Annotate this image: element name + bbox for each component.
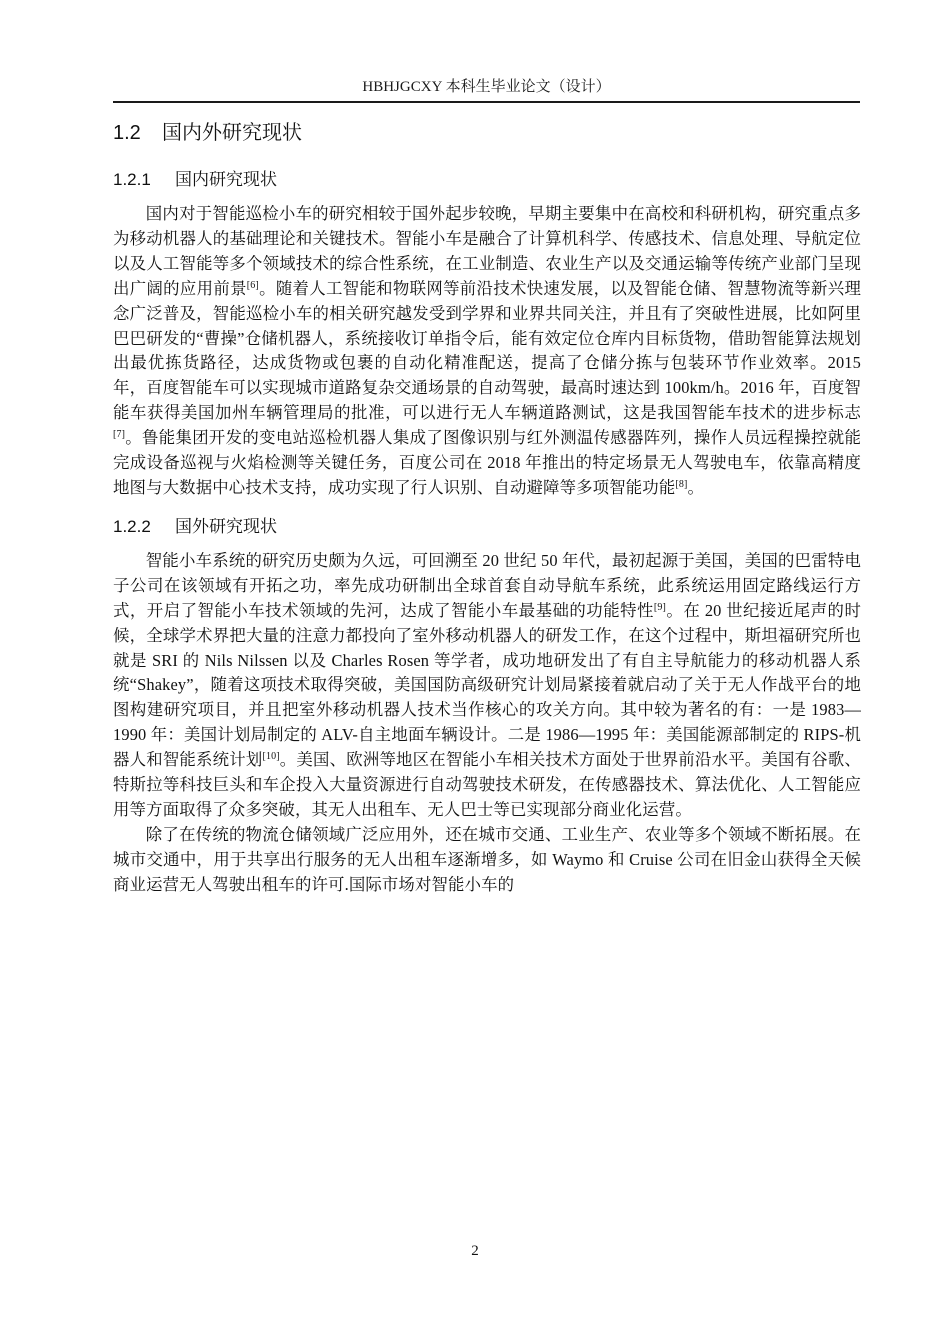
running-header: HBHJGCXY 本科生毕业论文（设计） — [113, 77, 860, 97]
subsection-heading-foreign: 1.2.2国外研究现状 — [113, 515, 861, 549]
paragraph-text: 。鲁能集团开发的变电站巡检机器人集成了图像识别与红外测温传感器阵列，操作人员远程… — [113, 428, 861, 497]
subsection-title: 国外研究现状 — [175, 517, 277, 537]
citation-10[interactable]: [10] — [262, 751, 279, 762]
section-title: 国内外研究现状 — [162, 120, 302, 144]
section-heading: 1.2国内外研究现状 — [113, 118, 861, 156]
subsection-number: 1.2.1 — [113, 168, 175, 192]
citation-9[interactable]: [9] — [654, 602, 666, 613]
citation-6[interactable]: [6] — [247, 280, 259, 291]
subsection-heading-domestic: 1.2.1国内研究现状 — [113, 156, 861, 202]
page-number: 2 — [0, 1243, 950, 1260]
spacer — [113, 501, 861, 515]
document-page: HBHJGCXY 本科生毕业论文（设计） 1.2国内外研究现状 1.2.1国内研… — [0, 0, 950, 1344]
citation-8[interactable]: [8] — [675, 479, 687, 490]
paragraph-text: 除了在传统的物流仓储领域广泛应用外，还在城市交通、工业生产、农业等多个领域不断拓… — [113, 825, 861, 894]
paragraph-text: 。随着人工智能和物联网等前沿技术快速发展，以及智能仓储、智慧物流等新兴理念广泛普… — [113, 279, 861, 423]
paragraph-text: 。在 20 世纪接近尾声的时候，全球学术界把大量的注意力都投向了室外移动机器人的… — [113, 601, 861, 769]
subsection-number: 1.2.2 — [113, 515, 175, 539]
paragraph-text: 。 — [688, 478, 705, 497]
header-rule — [113, 101, 860, 103]
citation-7[interactable]: [7] — [113, 429, 125, 440]
paragraph-applications: 除了在传统的物流仓储领域广泛应用外，还在城市交通、工业生产、农业等多个领域不断拓… — [113, 823, 861, 898]
paragraph-domestic-research: 国内对于智能巡检小车的研究相较于国外起步较晚，早期主要集中在高校和科研机构，研究… — [113, 202, 861, 501]
paragraph-foreign-research: 智能小车系统的研究历史颇为久远，可回溯至 20 世纪 50 年代，最初起源于美国… — [113, 549, 861, 823]
subsection-title: 国内研究现状 — [175, 170, 277, 190]
page-content: 1.2国内外研究现状 1.2.1国内研究现状 国内对于智能巡检小车的研究相较于国… — [113, 112, 861, 898]
section-number: 1.2 — [113, 119, 162, 147]
